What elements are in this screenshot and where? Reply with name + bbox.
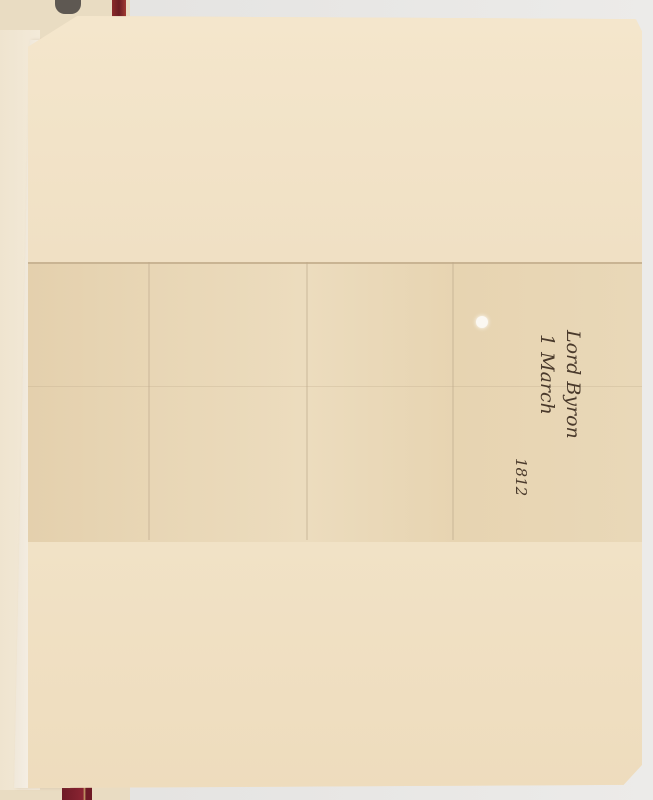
handwritten-endorsement: Lord Byron 1 March 1812 [526, 330, 586, 530]
letter-top-panel [28, 16, 642, 262]
fold-line [452, 262, 454, 540]
wax-seal-remnant [476, 316, 488, 328]
letter-bottom-panel [28, 542, 642, 788]
fold-line [306, 262, 308, 540]
fold-line [148, 262, 150, 540]
endorsement-year: 1812 [508, 330, 534, 530]
endorsement-name: Lord Byron [560, 330, 586, 530]
album-binding-bottom [62, 786, 92, 800]
endorsement-date: 1 March [534, 330, 560, 530]
metal-clip-icon [55, 0, 81, 14]
